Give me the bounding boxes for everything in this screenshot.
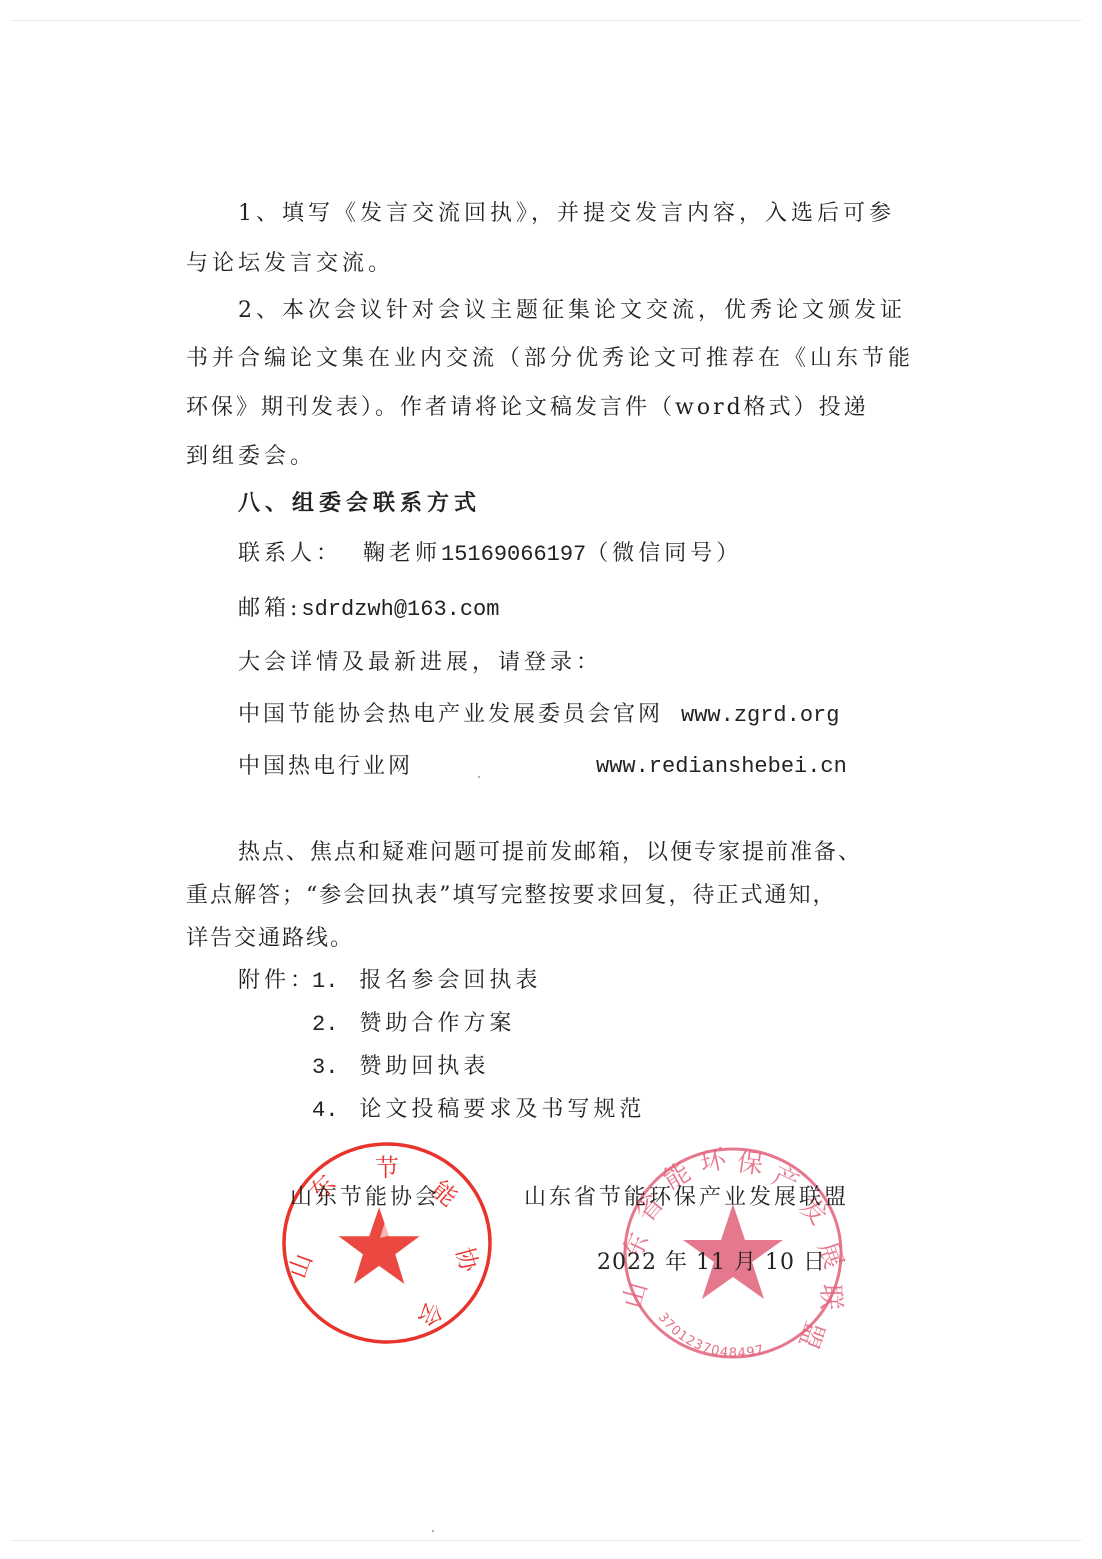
paragraph-2-line-2: 书并合编论文集在业内交流（部分优秀论文可推荐在《山东节能 [186,344,914,374]
svg-text:3701237048497: 3701237048497 [655,1310,767,1361]
paragraph-2-line-4: 到组委会。 [186,442,316,472]
contact-person-label: 联系人： [238,541,342,566]
paragraph-1-line-2: 与论坛发言交流。 [186,249,394,279]
attachment-num: 4. [312,1098,338,1123]
signature-date: 2022 年 11 月 10 日 [597,1248,826,1278]
attachment-item-2: 2. 赞助合作方案 [312,1009,515,1040]
notice-line-3: 详告交通路线。 [186,924,354,954]
site-url-2[interactable]: www.redianshebei.cn [596,752,847,782]
email-address[interactable]: sdrdzwh@163.com [301,597,499,622]
site-name-2: 中国热电行业网 [238,754,413,779]
attachment-title: 赞助合作方案 [359,1011,515,1036]
attachment-item-3: 3. 赞助回执表 [312,1052,489,1083]
attachment-num: 1. [312,969,338,994]
signature-org-1: 山东节能协会 [290,1183,440,1213]
signature-org-2: 山东省节能环保产业发展联盟 [524,1183,849,1213]
paragraph-2-line-1: 2、本次会议针对会议主题征集论文交流，优秀论文颁发证 [238,296,906,326]
svg-text:协: 协 [450,1244,484,1275]
document-page: 1、填写《发言交流回执》，并提交发言内容，入选后可参 与论坛发言交流。 2、本次… [0,0,1102,1559]
svg-text:保: 保 [735,1147,765,1180]
section-heading-contact: 八、组委会联系方式 [238,488,481,518]
email-label: 邮箱: [238,596,301,621]
attachment-item-4: 4. 论文投稿要求及书写规范 [312,1095,645,1126]
notice-line-2: 重点解答；“参会回执表”填写完整按要求回复，待正式通知， [186,881,837,911]
red-seal-icon: 山 东 节 能 协 会 [280,1140,494,1346]
attachment-item-1: 1. 报名参会回执表 [312,966,541,997]
svg-text:联: 联 [815,1284,845,1310]
seal-shandong-energy-association: 山 东 节 能 协 会 [280,1140,494,1346]
paragraph-2-line-3: 环保》期刊发表）。作者请将论文稿发言件（word格式）投递 [186,393,869,423]
site-name-1: 中国节能协会热电产业发展委员会官网 [238,702,663,727]
scan-speck [478,776,480,778]
svg-text:盟: 盟 [793,1318,830,1353]
attachments-label: 附件： [238,966,316,996]
attachment-num: 3. [312,1055,338,1080]
site-url-1[interactable]: www.zgrd.org [681,703,839,728]
attachment-title: 报名参会回执表 [359,968,541,993]
site-line-2: 中国热电行业网 [238,752,413,782]
attachment-num: 2. [312,1012,338,1037]
site-line-1: 中国节能协会热电产业发展委员会官网 www.zgrd.org [238,700,839,731]
details-intro: 大会详情及最新进展，请登录： [238,648,602,678]
contact-phone: 15169066197 [441,542,586,567]
contact-phone-note: （微信同号） [586,541,742,566]
attachment-title: 赞助回执表 [359,1054,489,1079]
scan-edge-top [10,20,1082,21]
notice-line-1: 热点、焦点和疑难问题可提前发邮箱，以便专家提前准备、 [238,838,862,868]
attachment-title: 论文投稿要求及书写规范 [359,1097,645,1122]
svg-text:节: 节 [375,1154,399,1182]
scan-speck [432,1530,434,1532]
contact-person-name: 鞠老师 [363,541,441,566]
svg-text:山: 山 [618,1279,653,1312]
email-line: 邮箱:sdrdzwh@163.com [238,594,499,625]
scan-edge-bottom [10,1540,1082,1541]
paragraph-1-line-1: 1、填写《发言交流回执》，并提交发言内容，入选后可参 [238,199,895,229]
contact-line: 联系人： 鞠老师15169066197（微信同号） [238,539,742,570]
